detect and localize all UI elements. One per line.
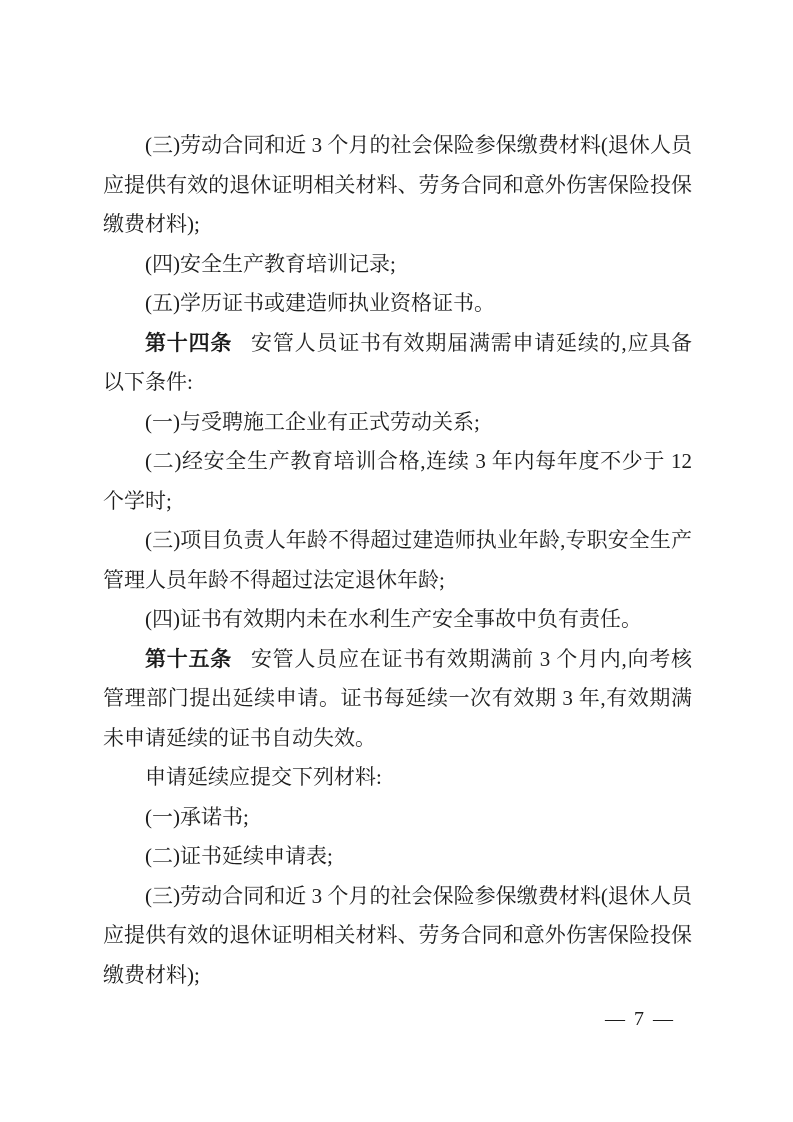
paragraph: (三)劳动合同和近 3 个月的社会保险参保缴费材料(退休人员应提供有效的退休证明… xyxy=(103,877,692,996)
article-number: 第十五条 xyxy=(145,647,232,671)
document-page: (三)劳动合同和近 3 个月的社会保险参保缴费材料(退休人员应提供有效的退休证明… xyxy=(0,0,793,1122)
page-number: — 7 — xyxy=(575,1008,705,1031)
paragraph: (三)项目负责人年龄不得超过建造师执业年龄,专职安全生产管理人员年龄不得超过法定… xyxy=(103,521,692,600)
paragraph-text: (二)经安全生产教育培训合格,连续 3 年内每年度不少于 12 个学时; xyxy=(103,449,692,513)
document-body: (三)劳动合同和近 3 个月的社会保险参保缴费材料(退休人员应提供有效的退休证明… xyxy=(103,126,692,995)
paragraph-text: (三)劳动合同和近 3 个月的社会保险参保缴费材料(退休人员应提供有效的退休证明… xyxy=(103,133,692,236)
article-number: 第十四条 xyxy=(145,331,232,355)
paragraph: (三)劳动合同和近 3 个月的社会保险参保缴费材料(退休人员应提供有效的退休证明… xyxy=(103,126,692,245)
paragraph: (四)证书有效期内未在水利生产安全事故中负有责任。 xyxy=(103,600,692,640)
paragraph: (一)承诺书; xyxy=(103,798,692,838)
paragraph-text: 申请延续应提交下列材料: xyxy=(145,765,382,789)
paragraph-text: (五)学历证书或建造师执业资格证书。 xyxy=(145,291,495,315)
paragraph-text: (四)安全生产教育培训记录; xyxy=(145,252,396,276)
paragraph: (二)经安全生产教育培训合格,连续 3 年内每年度不少于 12 个学时; xyxy=(103,442,692,521)
paragraph-article-15: 第十五条安管人员应在证书有效期满前 3 个月内,向考核管理部门提出延续申请。证书… xyxy=(103,640,692,759)
paragraph: (二)证书延续申请表; xyxy=(103,837,692,877)
paragraph-article-14: 第十四条安管人员证书有效期届满需申请延续的,应具备以下条件: xyxy=(103,324,692,403)
paragraph-text: (二)证书延续申请表; xyxy=(145,844,333,868)
paragraph-text: (一)承诺书; xyxy=(145,805,249,829)
paragraph-text: (四)证书有效期内未在水利生产安全事故中负有责任。 xyxy=(145,607,642,631)
paragraph: (一)与受聘施工企业有正式劳动关系; xyxy=(103,403,692,443)
paragraph-text: (一)与受聘施工企业有正式劳动关系; xyxy=(145,410,480,434)
paragraph: 申请延续应提交下列材料: xyxy=(103,758,692,798)
paragraph-text: (三)劳动合同和近 3 个月的社会保险参保缴费材料(退休人员应提供有效的退休证明… xyxy=(103,884,692,987)
paragraph-text: (三)项目负责人年龄不得超过建造师执业年龄,专职安全生产管理人员年龄不得超过法定… xyxy=(103,528,692,592)
paragraph: (四)安全生产教育培训记录; xyxy=(103,245,692,285)
paragraph: (五)学历证书或建造师执业资格证书。 xyxy=(103,284,692,324)
